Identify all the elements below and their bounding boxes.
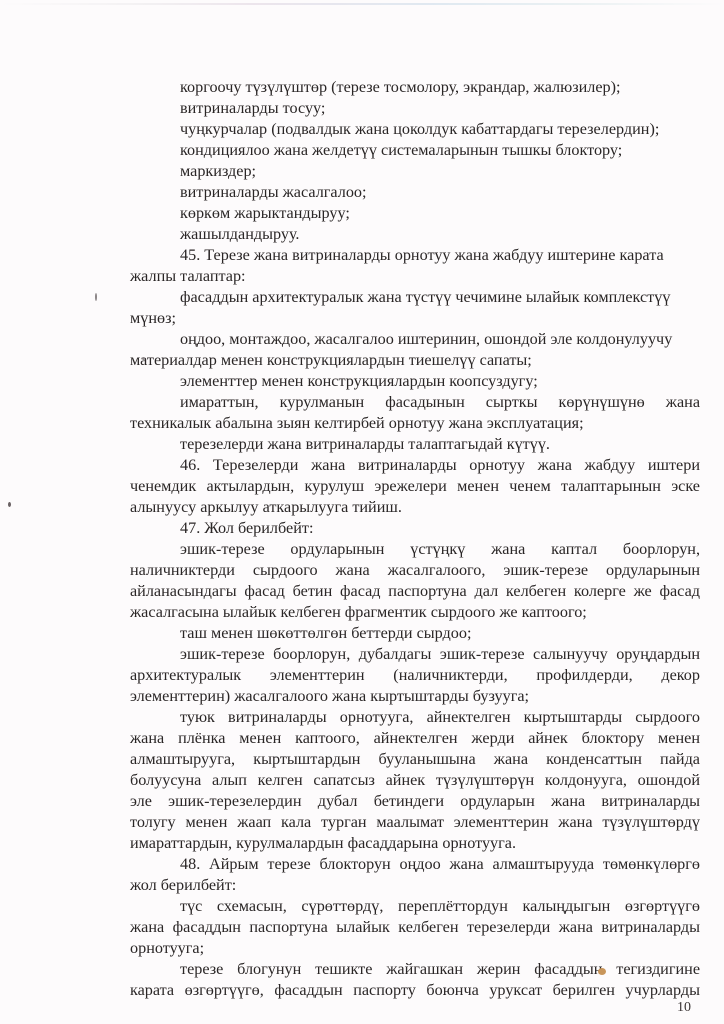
list-item: көркөм жарыктандыруу; <box>180 204 350 222</box>
paragraph-line: алмаштырууга, кыртыштардын бууланышына ж… <box>130 750 700 768</box>
list-item: жашылдандыруу. <box>180 225 299 243</box>
paragraph-line: архитектуралык элементтерин (наличниктер… <box>130 666 700 684</box>
list-item: имараттын, курулманын фасадынын сырткы к… <box>180 393 700 411</box>
list-item: витриналарды жасалгалоо; <box>180 183 367 201</box>
paragraph-line: жасалгасына ылайык келбеген фрагментик с… <box>130 603 587 621</box>
paragraph-line: жана фасаддын паспортуна ылайык келбеген… <box>130 918 700 936</box>
list-item: эшик-терезе ордуларынын үстүңкү жана кап… <box>180 540 700 558</box>
section-46-heading: 46. Терезелерди жана витриналарды орноту… <box>180 456 700 474</box>
list-item: витриналарды тосуу; <box>180 99 325 117</box>
list-item: түс схемасын, сүрөттөрдү, переплёттордун… <box>180 897 700 915</box>
paragraph-line: ченемдик актылардын, курулуш эрежелери м… <box>130 477 700 495</box>
paragraph-line: мүнөз; <box>130 309 176 327</box>
paragraph-line: имараттардын, курулмалардын фасаддарына … <box>130 834 516 852</box>
paragraph-line: жана плёнка менен каптоого, айнектелген … <box>130 729 700 747</box>
section-47-heading: 47. Жол берилбейт: <box>180 519 313 537</box>
scan-stain <box>598 968 606 975</box>
list-item: чуңкурчалар (подвалдык жана цоколдук каб… <box>180 120 659 138</box>
paragraph-line: алынуусу аркылуу аткарылууга тийиш. <box>130 498 402 516</box>
paragraph-line: элементтерин) жасалгалоого жана кыртышта… <box>130 687 529 705</box>
list-item: таш менен шөкөттөлгөн беттерди сырдоо; <box>180 624 471 642</box>
paragraph-line: жол берилбейт: <box>130 876 236 894</box>
page-number: 10 <box>677 1000 691 1016</box>
scan-speck <box>8 502 11 507</box>
list-item: оңдоо, монтаждоо, жасалгалоо иштеринин, … <box>180 330 672 348</box>
paragraph-line: айланасындагы фасад бетин фасад паспорту… <box>130 582 700 600</box>
paragraph-line: эле эшик-терезелердин дубал бетиндеги ор… <box>130 792 700 810</box>
document-page: коргоочу түзүлүштөр (терезе тосмолору, э… <box>0 0 724 1024</box>
paragraph-line: карата өзгөртүүгө, фасаддын паспорту бою… <box>130 981 700 999</box>
list-item: коргоочу түзүлүштөр (терезе тосмолору, э… <box>180 78 621 96</box>
paragraph-line: наличниктерди сырдоого жана жасалгалоого… <box>130 561 700 579</box>
paragraph-line: материалдар менен конструкциялардын тиеш… <box>130 351 532 369</box>
list-item: терезе блогунун тешикте жайгашкан жерин … <box>180 960 700 978</box>
paragraph-line: техникалык абалына зыян келтирбей орноту… <box>130 414 584 432</box>
list-item: туюк витриналарды орнотууга, айнектелген… <box>180 708 700 726</box>
scan-speck <box>95 293 97 301</box>
list-item: фасаддын архитектуралык жана түстүү чечи… <box>180 288 670 306</box>
scan-speck <box>142 357 145 360</box>
list-item: эшик-терезе боорлорун, дубалдагы эшик-те… <box>180 645 700 663</box>
list-item: терезелерди жана витриналарды талаптагыд… <box>180 435 550 453</box>
list-item: кондициялоо жана желдетүү системаларынын… <box>180 141 622 159</box>
paragraph-line: орнотууга; <box>130 939 204 957</box>
section-48-heading: 48. Айрым терезе блокторун оңдоо жана ал… <box>180 855 700 873</box>
paragraph-line: болуусуна алып келген сапатсыз айнек түз… <box>130 771 700 789</box>
paragraph-line: толугу менен жаап кала турган маалымат э… <box>130 813 700 831</box>
section-45-heading: 45. Терезе жана витриналарды орнотуу жан… <box>180 246 664 264</box>
list-item: маркиздер; <box>180 162 256 180</box>
list-item: элементтер менен конструкциялардын коопс… <box>180 372 538 390</box>
paragraph-line: жалпы талаптар: <box>130 267 246 285</box>
